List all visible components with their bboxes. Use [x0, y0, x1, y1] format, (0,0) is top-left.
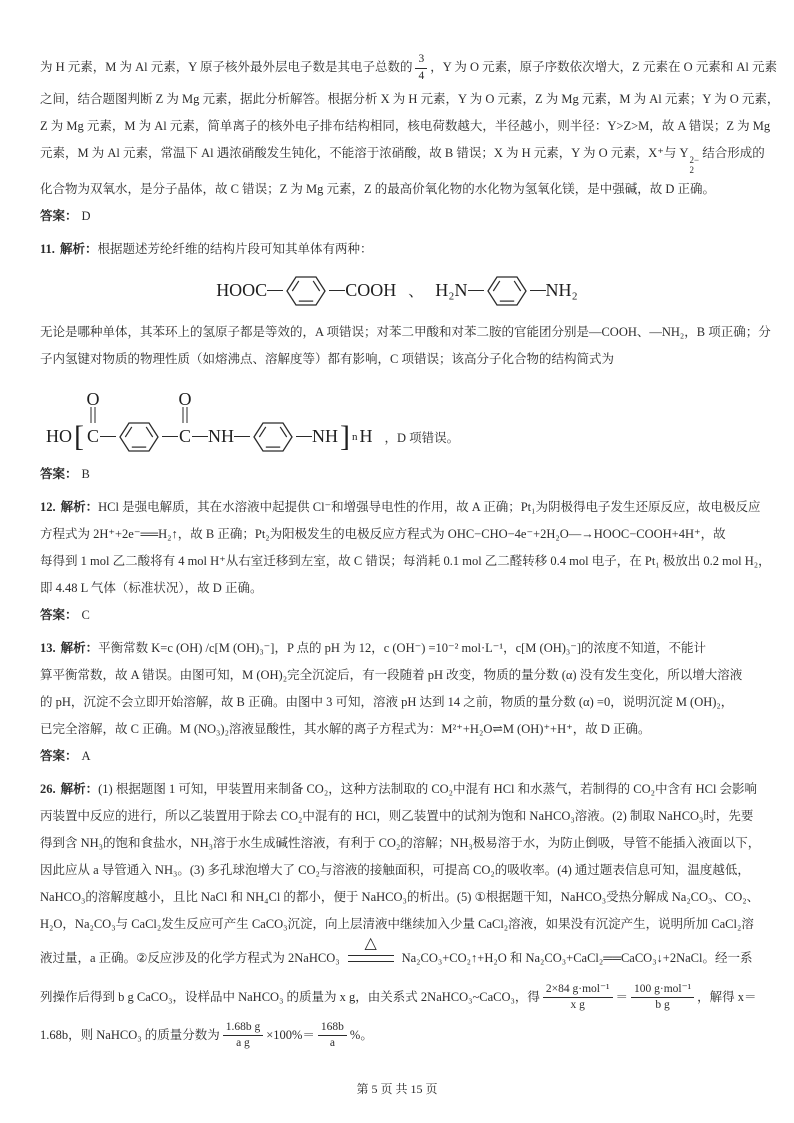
q13-solution: 13.解析：平衡常数 K=c (OH) /c[M (OH)₃⁻]，P 点的 pH… [40, 635, 754, 770]
fraction: 1.68b ga g [223, 1021, 264, 1050]
solution-line: 即 4.48 L 气体（标准状况），故 D 正确。 [40, 575, 754, 602]
fraction-numerator: 1.68b g [223, 1021, 264, 1036]
solution-text: 元素，M 为 Al 元素，常温下 Al 遇浓硝酸发生钝化，不能溶于浓硝酸，故 B… [40, 146, 689, 160]
solution-line: 方程式为 2H⁺+2e⁻══H₂↑，故 B 正确；Pt₂为阳极发生的电极反应方程… [40, 521, 754, 548]
formula-label: NH₂ [546, 280, 578, 301]
solution-text: ，D 项错误。 [385, 428, 460, 446]
separator: 、 [408, 280, 423, 301]
solution-line: Z 为 Mg 元素，M 为 Al 元素，简单离子的核外电子排布结构相同，核电荷数… [40, 113, 754, 140]
solution-text: 的 pH，沉淀不会立即开始溶解，故 B 正确。由图中 3 可知，溶液 pH 达到… [40, 695, 733, 709]
formula-label: H [360, 426, 373, 447]
benzene-ring-icon [117, 420, 161, 454]
fraction-numerator: 168b [318, 1021, 347, 1036]
answer-value: B [82, 467, 90, 481]
fraction: 168ba [318, 1021, 347, 1050]
answer-label: 答案： [40, 749, 78, 763]
solution-line: 每得到 1 mol 乙二酸将有 4 mol H⁺从右室迁移到左室，故 C 错误；… [40, 548, 754, 575]
answer-label: 答案： [40, 209, 78, 223]
answer-value: A [82, 749, 91, 763]
solution-line: 为 H 元素，M 为 Al 元素，Y 原子核外最外层电子数是其电子总数的34，Y… [40, 48, 754, 86]
solution-line: 之间，结合题图判断 Z 为 Mg 元素，据此分析解答。根据分析 X 为 H 元素… [40, 86, 754, 113]
solution-text: 已完全溶解，故 C 正确。M (NO₃)₂溶液显酸性，其水解的离子方程式为：M²… [40, 722, 651, 736]
question-number: 13. [40, 641, 56, 655]
solution-label: 解析： [60, 242, 98, 256]
solution-line: 因此应从 a 导管通入 NH₃。(3) 多孔球泡增大了 CO₂与溶液的接触面积，… [40, 857, 754, 884]
solution-line: 元素，M 为 Al 元素，常温下 Al 遇浓硝酸发生钝化，不能溶于浓硝酸，故 B… [40, 140, 754, 176]
single-bond [192, 436, 208, 437]
polymer-right-bracket: ] [340, 422, 350, 452]
solution-text: 算平衡常数，故 A 错误。由图可知，M (OH)₂完全沉淀后，有一段随着 pH … [40, 668, 742, 682]
solution-text: 丙装置中反应的进行，所以乙装置用于除去 CO₂中混有的 HCl，则乙装置中的试剂… [40, 809, 753, 823]
fraction: 34 [415, 53, 427, 82]
single-bond [234, 436, 250, 437]
double-bond [91, 407, 96, 423]
carbonyl-group: O C [86, 426, 100, 447]
formula-label: COOH [345, 280, 396, 301]
fraction-denominator: a [318, 1036, 347, 1050]
solution-text: 化合物为双氧水，是分子晶体，故 C 错误；Z 为 Mg 元素，Z 的最高价氧化物… [40, 182, 715, 196]
formula-label: NH [208, 426, 234, 447]
carbonyl-group: O C [178, 426, 192, 447]
formula-label: HO [46, 426, 72, 447]
fraction-numerator: 3 [415, 53, 427, 68]
single-bond [100, 436, 116, 437]
solution-text: 无论是哪种单体，其苯环上的氢原子都是等效的，A 项错误；对苯二甲酸和对苯二胺的官… [40, 325, 771, 339]
answer-line: 答案：A [40, 743, 754, 770]
polymer-left-bracket: [ [74, 422, 84, 452]
answer-label: 答案： [40, 608, 78, 622]
answer-line: 答案：C [40, 602, 754, 629]
solution-text: 每得到 1 mol 乙二酸将有 4 mol H⁺从右室迁移到左室，故 C 错误；… [40, 554, 771, 568]
q10-solution: 为 H 元素，M 为 Al 元素，Y 原子核外最外层电子数是其电子总数的34，Y… [40, 48, 754, 230]
solution-text: ，Y 为 O 元素，原子序数依次增大，Z 元素在 O 元素和 Al 元素 [430, 60, 777, 74]
polymer-structure: HO [ O C O C NH [46, 377, 754, 457]
solution-heading-line: 26.解析：(1) 根据题图 1 可知，甲装置用来制备 CO₂，这种方法制取的 … [40, 776, 754, 803]
fraction-denominator: 4 [415, 69, 427, 83]
solution-text: H₂O，Na₂CO₃与 CaCl₂发生反应可产生 CaCO₃沉淀，向上层清液中继… [40, 917, 754, 931]
solution-label: 解析： [61, 641, 99, 655]
answer-line: 答案：D [40, 203, 754, 230]
solution-line: 已完全溶解，故 C 正确。M (NO₃)₂溶液显酸性，其水解的离子方程式为：M²… [40, 716, 754, 743]
single-bond [267, 290, 283, 291]
solution-heading-line: 13.解析：平衡常数 K=c (OH) /c[M (OH)₃⁻]，P 点的 pH… [40, 635, 754, 662]
solution-text: Na₂CO₃+CO₂↑+H₂O 和 Na₂CO₃+CaCl₂══CaCO₃↓+2… [402, 951, 753, 965]
fraction: 2×84 g·mol⁻¹x g [543, 983, 613, 1012]
polymer-repeat-subscript: n [352, 431, 358, 443]
ion-charge-stack: 2−2 [690, 156, 700, 176]
solution-heading-line: 12.解析：HCl 是强电解质，其在水溶液中起提供 Cl⁻和增强导电性的作用，故… [40, 494, 754, 521]
solution-line: 得到含 NH₃的饱和食盐水，NH₃溶于水生成碱性溶液，有利于 CO₂的溶解；NH… [40, 830, 754, 857]
formula-label: NH [312, 426, 338, 447]
solution-line: 1.68b，则 NaHCO₃ 的质量分数为1.68b ga g×100%＝168… [40, 1016, 754, 1054]
solution-text: 列操作后得到 b g CaCO₃，设样品中 NaHCO₃ 的质量为 x g，由关… [40, 990, 540, 1004]
single-bond [329, 290, 345, 291]
answer-label: 答案： [40, 467, 78, 481]
solution-label: 解析： [61, 500, 99, 514]
solution-text: 子内氢键对物质的物理性质（如熔沸点、溶解度等）都有影响，C 项错误；该高分子化合… [40, 352, 614, 366]
equals-sign: ＝ [616, 990, 629, 1004]
solution-text: %。 [350, 1028, 373, 1042]
benzene-ring-icon [284, 274, 328, 308]
question-number: 26. [40, 782, 56, 796]
carbonyl-carbon: C [179, 426, 191, 446]
single-bond [296, 436, 312, 437]
question-number: 12. [40, 500, 56, 514]
solution-text: 结合形成的 [699, 146, 765, 160]
fraction-numerator: 2×84 g·mol⁻¹ [543, 983, 613, 998]
solution-text: 根据题述芳纶纤维的结构片段可知其单体有两种： [97, 242, 372, 256]
solution-line: 的 pH，沉淀不会立即开始溶解，故 B 正确。由图中 3 可知，溶液 pH 达到… [40, 689, 754, 716]
q11-solution: 11.解析：根据题述芳纶纤维的结构片段可知其单体有两种： HOOC COOH 、… [40, 236, 754, 488]
fraction-numerator: 100 g·mol⁻¹ [631, 983, 694, 998]
fraction-denominator: b g [631, 998, 694, 1012]
solution-text: 平衡常数 K=c (OH) /c[M (OH)₃⁻]，P 点的 pH 为 12，… [98, 641, 706, 655]
fraction-denominator: x g [543, 998, 613, 1012]
solution-text: 即 4.48 L 气体（标准状况），故 D 正确。 [40, 581, 262, 595]
ion-subscript: 2 [690, 166, 700, 176]
answer-line: 答案：B [40, 461, 754, 488]
carbonyl-carbon: C [87, 426, 99, 446]
monomer-structures: HOOC COOH 、 H₂N NH₂ [40, 263, 754, 319]
benzene-ring-icon [485, 274, 529, 308]
q12-solution: 12.解析：HCl 是强电解质，其在水溶液中起提供 Cl⁻和增强导电性的作用，故… [40, 494, 754, 629]
solution-line: 列操作后得到 b g CaCO₃，设样品中 NaHCO₃ 的质量为 x g，由关… [40, 978, 754, 1016]
question-number: 11. [40, 242, 55, 256]
fraction-denominator: a g [223, 1036, 264, 1050]
solution-line: 算平衡常数，故 A 错误。由图可知，M (OH)₂完全沉淀后，有一段随着 pH … [40, 662, 754, 689]
solution-line: 子内氢键对物质的物理性质（如熔沸点、溶解度等）都有影响，C 项错误；该高分子化合… [40, 346, 754, 373]
solution-label: 解析： [61, 782, 99, 796]
answer-key-page: 为 H 元素，M 为 Al 元素，Y 原子核外最外层电子数是其电子总数的34，Y… [0, 0, 794, 1123]
solution-line: NaHCO₃的溶解度越小，且比 NaCl 和 NH₄Cl 的都小，便于 NaHC… [40, 884, 754, 911]
solution-text: 1.68b，则 NaHCO₃ 的质量分数为 [40, 1028, 220, 1042]
solution-line: H₂O，Na₂CO₃与 CaCl₂发生反应可产生 CaCO₃沉淀，向上层清液中继… [40, 911, 754, 938]
solution-line: 液过量，a 正确。②反应涉及的化学方程式为 2NaHCO₃△Na₂CO₃+CO₂… [40, 938, 754, 978]
solution-text: 因此应从 a 导管通入 NH₃。(3) 多孔球泡增大了 CO₂与溶液的接触面积，… [40, 863, 750, 877]
solution-text: 方程式为 2H⁺+2e⁻══H₂↑，故 B 正确；Pt₂为阳极发生的电极反应方程… [40, 527, 726, 541]
solution-line: 无论是哪种单体，其苯环上的氢原子都是等效的，A 项错误；对苯二甲酸和对苯二胺的官… [40, 319, 754, 346]
double-bond [183, 407, 188, 423]
triangle-icon: △ [364, 935, 376, 951]
solution-line: 化合物为双氧水，是分子晶体，故 C 错误；Z 为 Mg 元素，Z 的最高价氧化物… [40, 176, 754, 203]
solution-text: 得到含 NH₃的饱和食盐水，NH₃溶于水生成碱性溶液，有利于 CO₂的溶解；NH… [40, 836, 760, 850]
heat-condition-symbol: △ [348, 955, 394, 962]
answer-value: D [82, 209, 91, 223]
solution-text: Z 为 Mg 元素，M 为 Al 元素，简单离子的核外电子排布结构相同，核电荷数… [40, 119, 770, 133]
solution-text: ，解得 x＝ [697, 990, 756, 1004]
formula-label: H₂N [435, 280, 467, 301]
page-number-footer: 第 5 页 共 15 页 [0, 1080, 794, 1097]
solution-text: 之间，结合题图判断 Z 为 Mg 元素，据此分析解答。根据分析 X 为 H 元素… [40, 92, 779, 106]
solution-text: HCl 是强电解质，其在水溶液中起提供 Cl⁻和增强导电性的作用，故 A 正确；… [98, 500, 760, 514]
single-bond [468, 290, 484, 291]
single-bond [162, 436, 178, 437]
solution-text: NaHCO₃的溶解度越小，且比 NaCl 和 NH₄Cl 的都小，便于 NaHC… [40, 890, 759, 904]
fraction: 100 g·mol⁻¹b g [631, 983, 694, 1012]
solution-text: (1) 根据题图 1 可知，甲装置用来制备 CO₂，这种方法制取的 CO₂中混有… [98, 782, 757, 796]
solution-heading-line: 11.解析：根据题述芳纶纤维的结构片段可知其单体有两种： [40, 236, 754, 263]
formula-label: HOOC [216, 280, 267, 301]
solution-text: 液过量，a 正确。②反应涉及的化学方程式为 2NaHCO₃ [40, 951, 340, 965]
single-bond [530, 290, 546, 291]
solution-text: 为 H 元素，M 为 Al 元素，Y 原子核外最外层电子数是其电子总数的 [40, 60, 412, 74]
solution-text: ×100%＝ [266, 1028, 315, 1042]
q26-solution: 26.解析：(1) 根据题图 1 可知，甲装置用来制备 CO₂，这种方法制取的 … [40, 776, 754, 1054]
answer-value: C [82, 608, 90, 622]
solution-line: 丙装置中反应的进行，所以乙装置用于除去 CO₂中混有的 HCl，则乙装置中的试剂… [40, 803, 754, 830]
benzene-ring-icon [251, 420, 295, 454]
